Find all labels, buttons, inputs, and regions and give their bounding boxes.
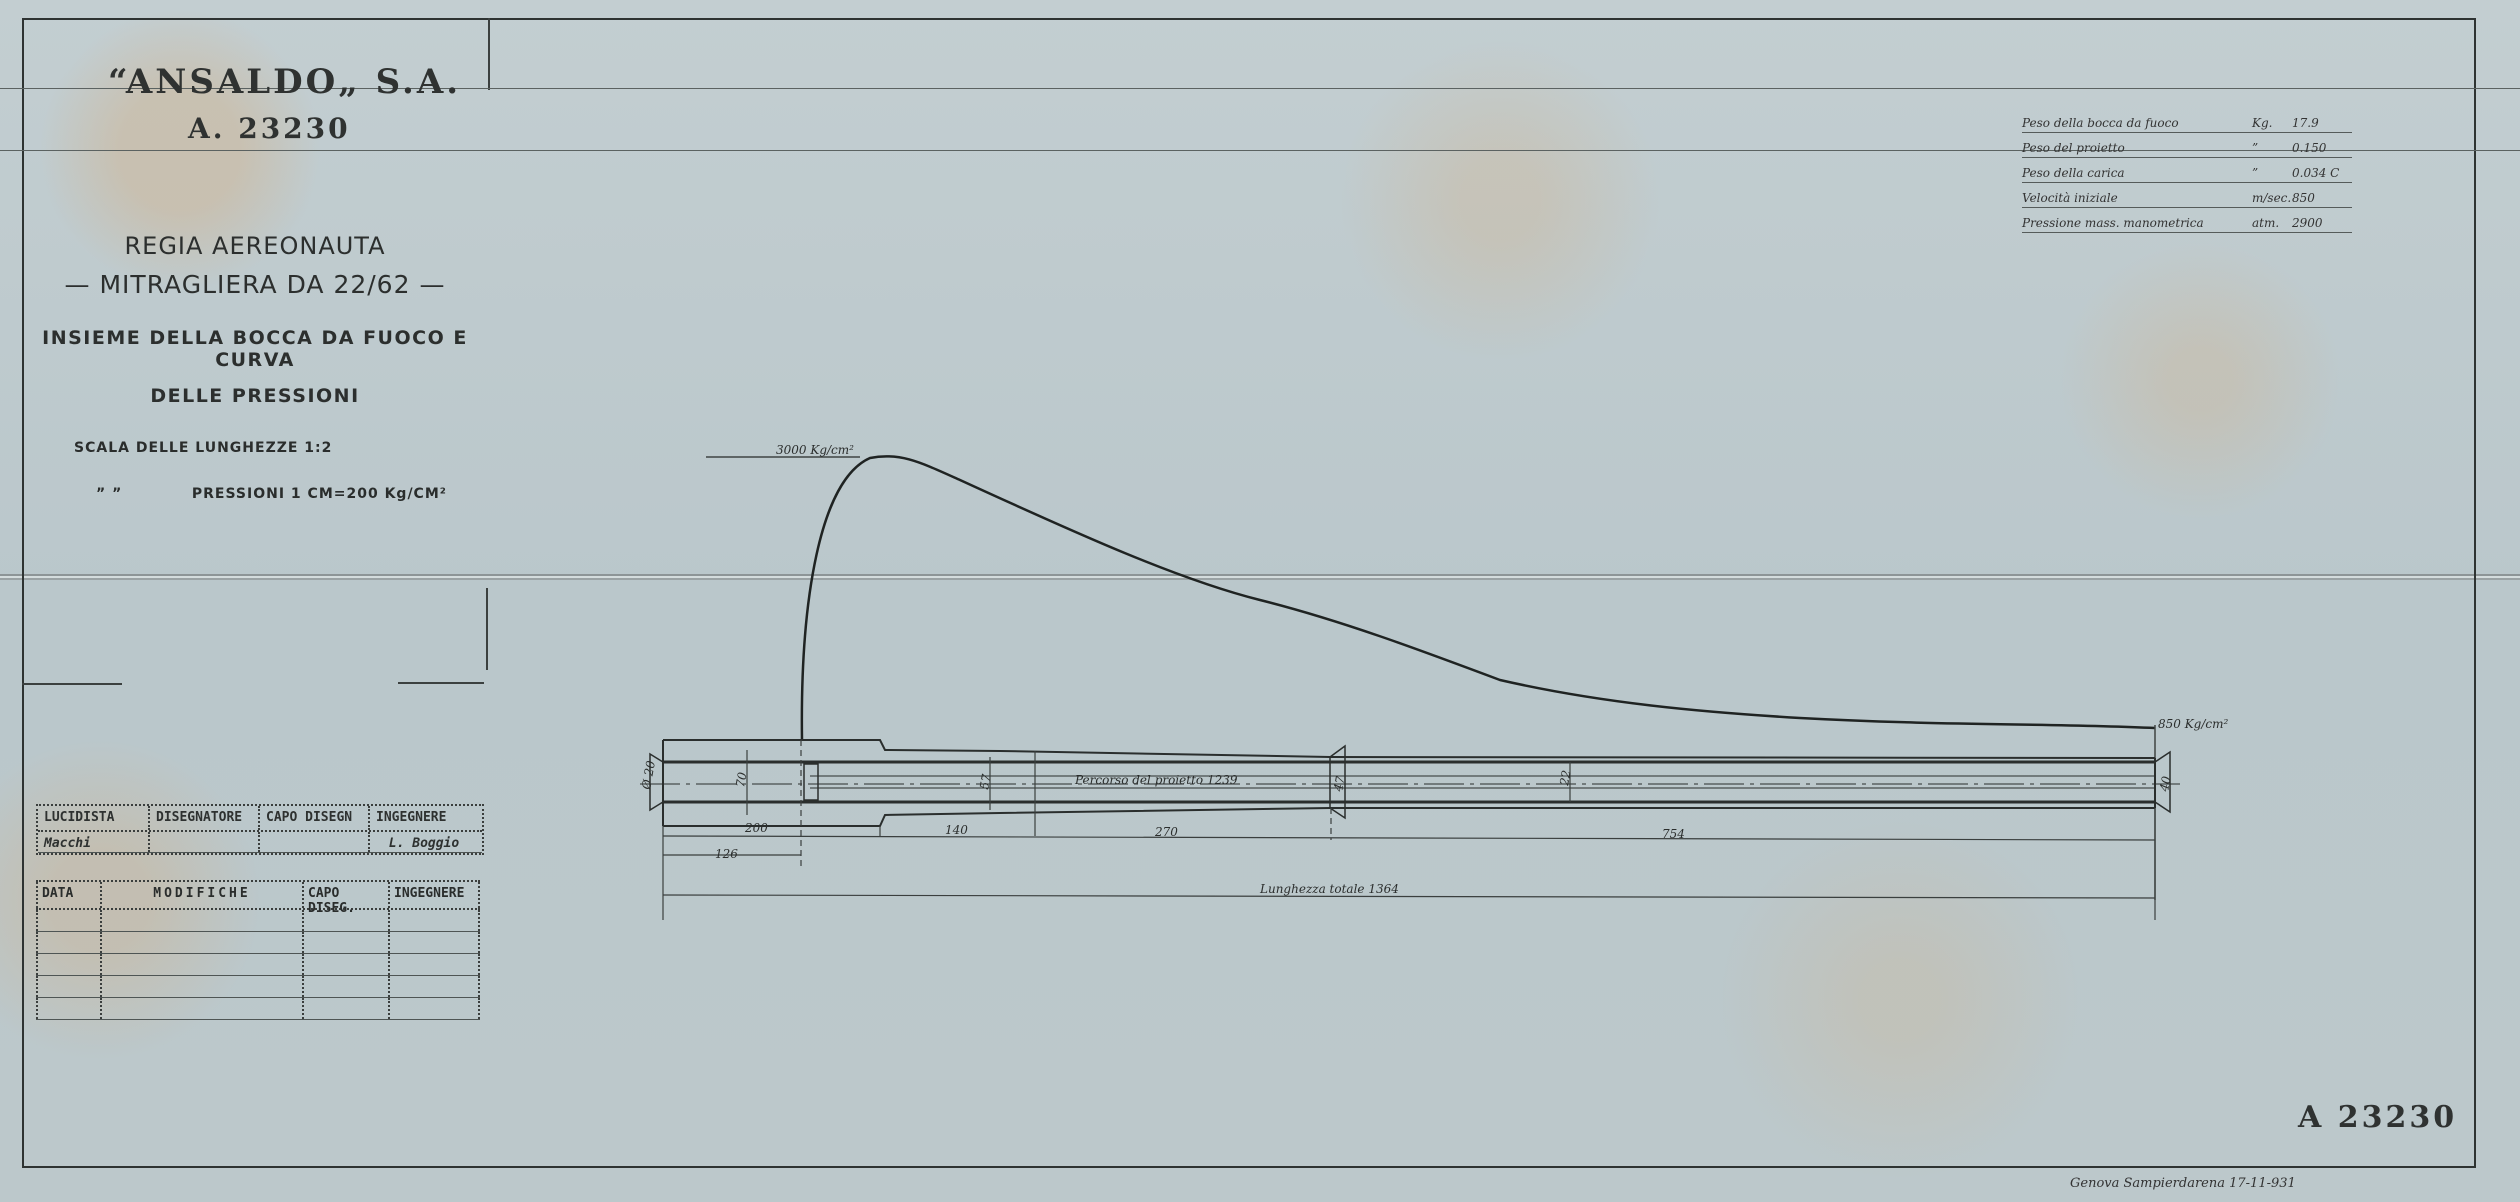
dim-taper-diameter: 47 — [1331, 775, 1348, 794]
bore-travel-label: Percorso del proietto 1239 — [1074, 773, 1238, 787]
pressure-max-label: 3000 Kg/cm² — [776, 443, 854, 457]
dim-breech-diameter: 70 — [733, 771, 750, 789]
dim-mid-diameter: 57 — [977, 773, 994, 791]
pressure-curve — [706, 456, 2155, 900]
dim-segment-2: 140 — [945, 823, 968, 837]
dim-bore-diameter: 22 — [1557, 769, 1574, 787]
dim-breech-face: Ø 20 — [639, 759, 658, 791]
dim-segment-3: 270 — [1154, 825, 1178, 839]
barrel-drawing: 3000 Kg/cm² 850 Kg/cm² 200 126 140 — [0, 0, 2520, 1202]
dim-segment-4: 754 — [1662, 827, 1685, 841]
dim-breech-length: 200 — [744, 821, 768, 835]
barrel-outline — [640, 740, 2180, 826]
pressure-muzzle-label: 850 Kg/cm² — [2158, 717, 2229, 731]
drawing-number-bottom: A 23230 — [2298, 1100, 2457, 1135]
total-length-label: Lunghezza totale 1364 — [1259, 882, 1399, 896]
dimension-lines — [663, 836, 2155, 898]
footer-signature-date: Genova Sampierdarena 17-11-931 — [2070, 1176, 2296, 1191]
dim-muzzle-diameter: 40 — [2157, 775, 2174, 794]
dim-chamber-length: 126 — [715, 847, 738, 861]
extension-lines — [663, 740, 2155, 920]
